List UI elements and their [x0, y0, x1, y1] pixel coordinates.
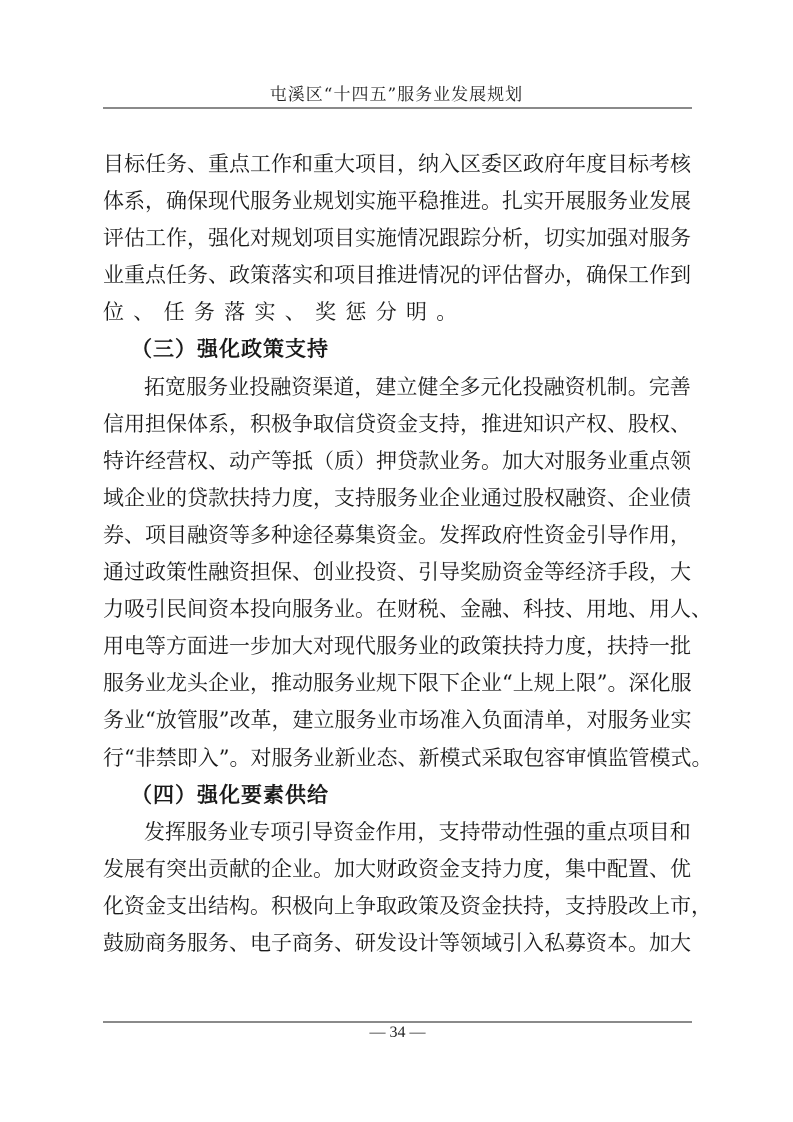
text-line: 化资金支出结构。积极向上争取政策及资金扶持，支持股改上市， — [103, 890, 691, 927]
text-line: 目标任务、重点工作和重大项目，纳入区委区政府年度目标考核 — [103, 148, 691, 185]
text-line: 行“非禁即入”。对服务业新业态、新模式采取包容审慎监管模式。 — [103, 742, 691, 779]
page-number: — 34 — — [103, 1022, 692, 1044]
running-header-title: 屯溪区“十四五”服务业发展规划 — [103, 84, 690, 106]
text-line: 券、项目融资等多种途径募集资金。发挥政府性资金引导作用， — [103, 519, 691, 556]
text-line: 位、任务落实、奖惩分明。 — [103, 296, 691, 333]
text-line: 信用担保体系，积极争取信贷资金支持，推进知识产权、股权、 — [103, 408, 691, 445]
text-line: 业重点任务、政策落实和项目推进情况的评估督办，确保工作到 — [103, 259, 691, 296]
text-line: 体系，确保现代服务业规划实施平稳推进。扎实开展服务业发展 — [103, 185, 691, 222]
text-line: 发展有突出贡献的企业。加大财政资金支持力度，集中配置、优 — [103, 853, 691, 890]
text-line: 域企业的贷款扶持力度，支持服务业企业通过股权融资、企业债 — [103, 482, 691, 519]
text-line: 特许经营权、动产等抵（质）押贷款业务。加大对服务业重点领 — [103, 445, 691, 482]
text-line: 力吸引民间资本投向服务业。在财税、金融、科技、用地、用人、 — [103, 593, 691, 630]
text-line: 拓宽服务业投融资渠道，建立健全多元化投融资机制。完善 — [103, 371, 691, 408]
text-line: 评估工作，强化对规划项目实施情况跟踪分析，切实加强对服务 — [103, 222, 691, 259]
text-line: 发挥服务业专项引导资金作用，支持带动性强的重点项目和 — [103, 816, 691, 853]
text-line: 鼓励商务服务、电子商务、研发设计等领域引入私募资本。加大 — [103, 927, 691, 964]
header-divider — [103, 107, 692, 109]
text-line: 用电等方面进一步加大对现代服务业的政策扶持力度，扶持一批 — [103, 630, 691, 667]
text-line: 服务业龙头企业，推动服务业规下限下企业“上规上限”。深化服 — [103, 667, 691, 704]
section-heading-policy-support: （三）强化政策支持 — [103, 333, 691, 370]
section-heading-factor-supply: （四）强化要素供给 — [103, 779, 691, 816]
text-line: 通过政策性融资担保、创业投资、引导奖励资金等经济手段，大 — [103, 556, 691, 593]
body-text: 目标任务、重点工作和重大项目，纳入区委区政府年度目标考核 体系，确保现代服务业规… — [103, 148, 691, 964]
text-line: 务业“放管服”改革，建立服务业市场准入负面清单，对服务业实 — [103, 704, 691, 741]
